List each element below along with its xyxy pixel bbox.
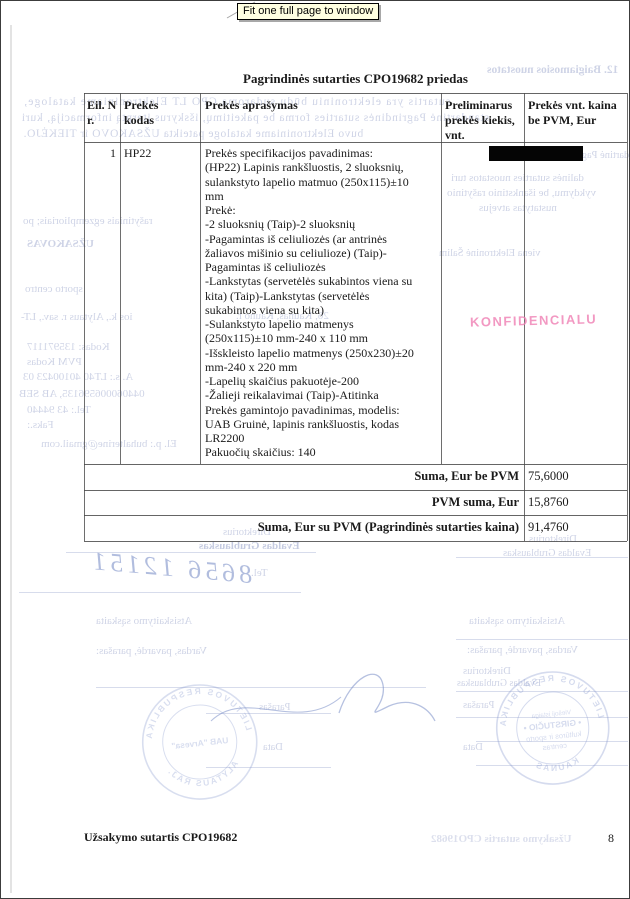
document-title: Pagrindinės sutarties CPO19682 priedas [84,71,627,87]
table-border [627,93,628,541]
table-border [200,93,201,464]
bleedthrough-text: 044060006596135, AB SEB [19,388,145,400]
sum-label-su-pvm: Suma, Eur su PVM (Pagrindinės sutarties … [91,520,519,535]
bleedthrough-text: viena Elektroninė Šalim [439,248,540,259]
table-border [120,93,121,464]
page-number: 8 [608,831,614,846]
signature-line [19,592,301,593]
bleedthrough-text: Data [463,742,483,753]
column-header-eil-nr: Eil. N r. [87,98,117,128]
svg-text:ALYTAUS RAJ.: ALYTAUS RAJ. [164,758,242,792]
footer-contract-title: Užsakymo sutartis CPO19682 [84,830,237,845]
scan-fold-shadow [10,25,12,893]
bleedthrough-text: Tel. [251,567,268,579]
stamp-ring-text: ALYTAUS RAJ. [164,758,242,792]
signature-squiggle [206,679,346,739]
sum-label-pvm: PVM suma, Eur [91,495,519,510]
column-header-preliminarus-kiekis: Preliminarus prekės kiekis, vnt. [445,98,521,143]
product-code: HP22 [124,146,151,161]
bleedthrough-text: Direktorius [529,534,577,545]
scanned-document-page: 12. Baigiamosios nuostatossutartis yra e… [0,0,630,899]
bleedthrough-text: dalinės sutarties nuostatos turi [451,172,584,184]
bleedthrough-text: PVM Kodas [27,356,82,368]
confidential-stamp: KONFIDENCIALU [470,311,597,329]
svg-text:KAUNAS: KAUNAS [532,755,581,776]
table-border [84,515,627,516]
product-description: Prekės specifikacijos pavadinimas: (HP22… [205,146,445,460]
table-border [84,541,627,542]
bleedthrough-text: rašytiniais egzemplioriais; po [23,215,153,227]
sum-value-su-pvm: 91,4760 [528,520,569,535]
column-header-vnt-kaina: Prekės vnt. kaina be PVM, Eur [528,98,623,128]
row-number: 1 [85,146,116,161]
bleedthrough-text: A. s.: LT40 40100423 03 [23,371,133,383]
column-header-prekes-aprasymas: Prekės aprašymas [205,98,435,113]
sum-value-pvm: 15,8760 [528,495,569,510]
bleedthrough-text: El. p.: buhalterine@gmail.com [41,438,177,450]
bleedthrough-text: Faks.: [27,419,54,431]
bleedthrough-text: sporto centro [25,283,83,295]
bleedthrough-text: Atsiskaitymo sąskaita [469,615,565,627]
sum-label-be-pvm: Suma, Eur be PVM [91,469,519,484]
bleedthrough-text: buvo Elektroniniame kataloge pateikta UŽ… [23,128,363,140]
bleedthrough-text: Kodas: 135971117 [27,341,110,353]
round-stamp-girstutis: LIETUVOS RESPUBLIKA KAUNAS Viešoji įstai… [486,662,620,799]
signature-line [456,639,628,640]
bleedthrough-text: ios k., Alytaus r. sav., LT- [21,311,133,323]
bleedthrough-text: vykdymu, be išankstinio rašytinio [447,187,596,199]
viewer-tooltip: Fit one full page to window [237,3,379,20]
table-border [84,490,627,491]
bleedthrough-text: Vardas, pavardė, parašas: [96,645,207,657]
signature-line [456,557,628,558]
column-header-prekes-kodas: Prekės kodas [124,98,184,128]
stamp-center-text: centras [542,741,568,753]
table-border [84,464,627,465]
table-border [84,93,627,94]
bleedthrough-text: Data [263,742,283,753]
signature-squiggle [331,651,441,741]
bleedthrough-text: Tel.: 43 94440 [27,404,91,416]
bleedthrough-text: Atsiskaitymo sąskaita [96,615,192,627]
table-border [84,142,627,143]
sum-value-be-pvm: 75,6000 [528,469,569,484]
stamp-ring-text: KAUNAS [532,755,581,776]
bleedthrough-text: nustatytas atvejus [479,202,557,214]
bleedthrough-text: Vardas, pavardė, parašas: [467,644,578,656]
redaction-bar [489,146,583,161]
bleedthrough-text: Užsakymo sutartis CPO19682 [431,833,572,845]
signature-line [66,552,316,553]
